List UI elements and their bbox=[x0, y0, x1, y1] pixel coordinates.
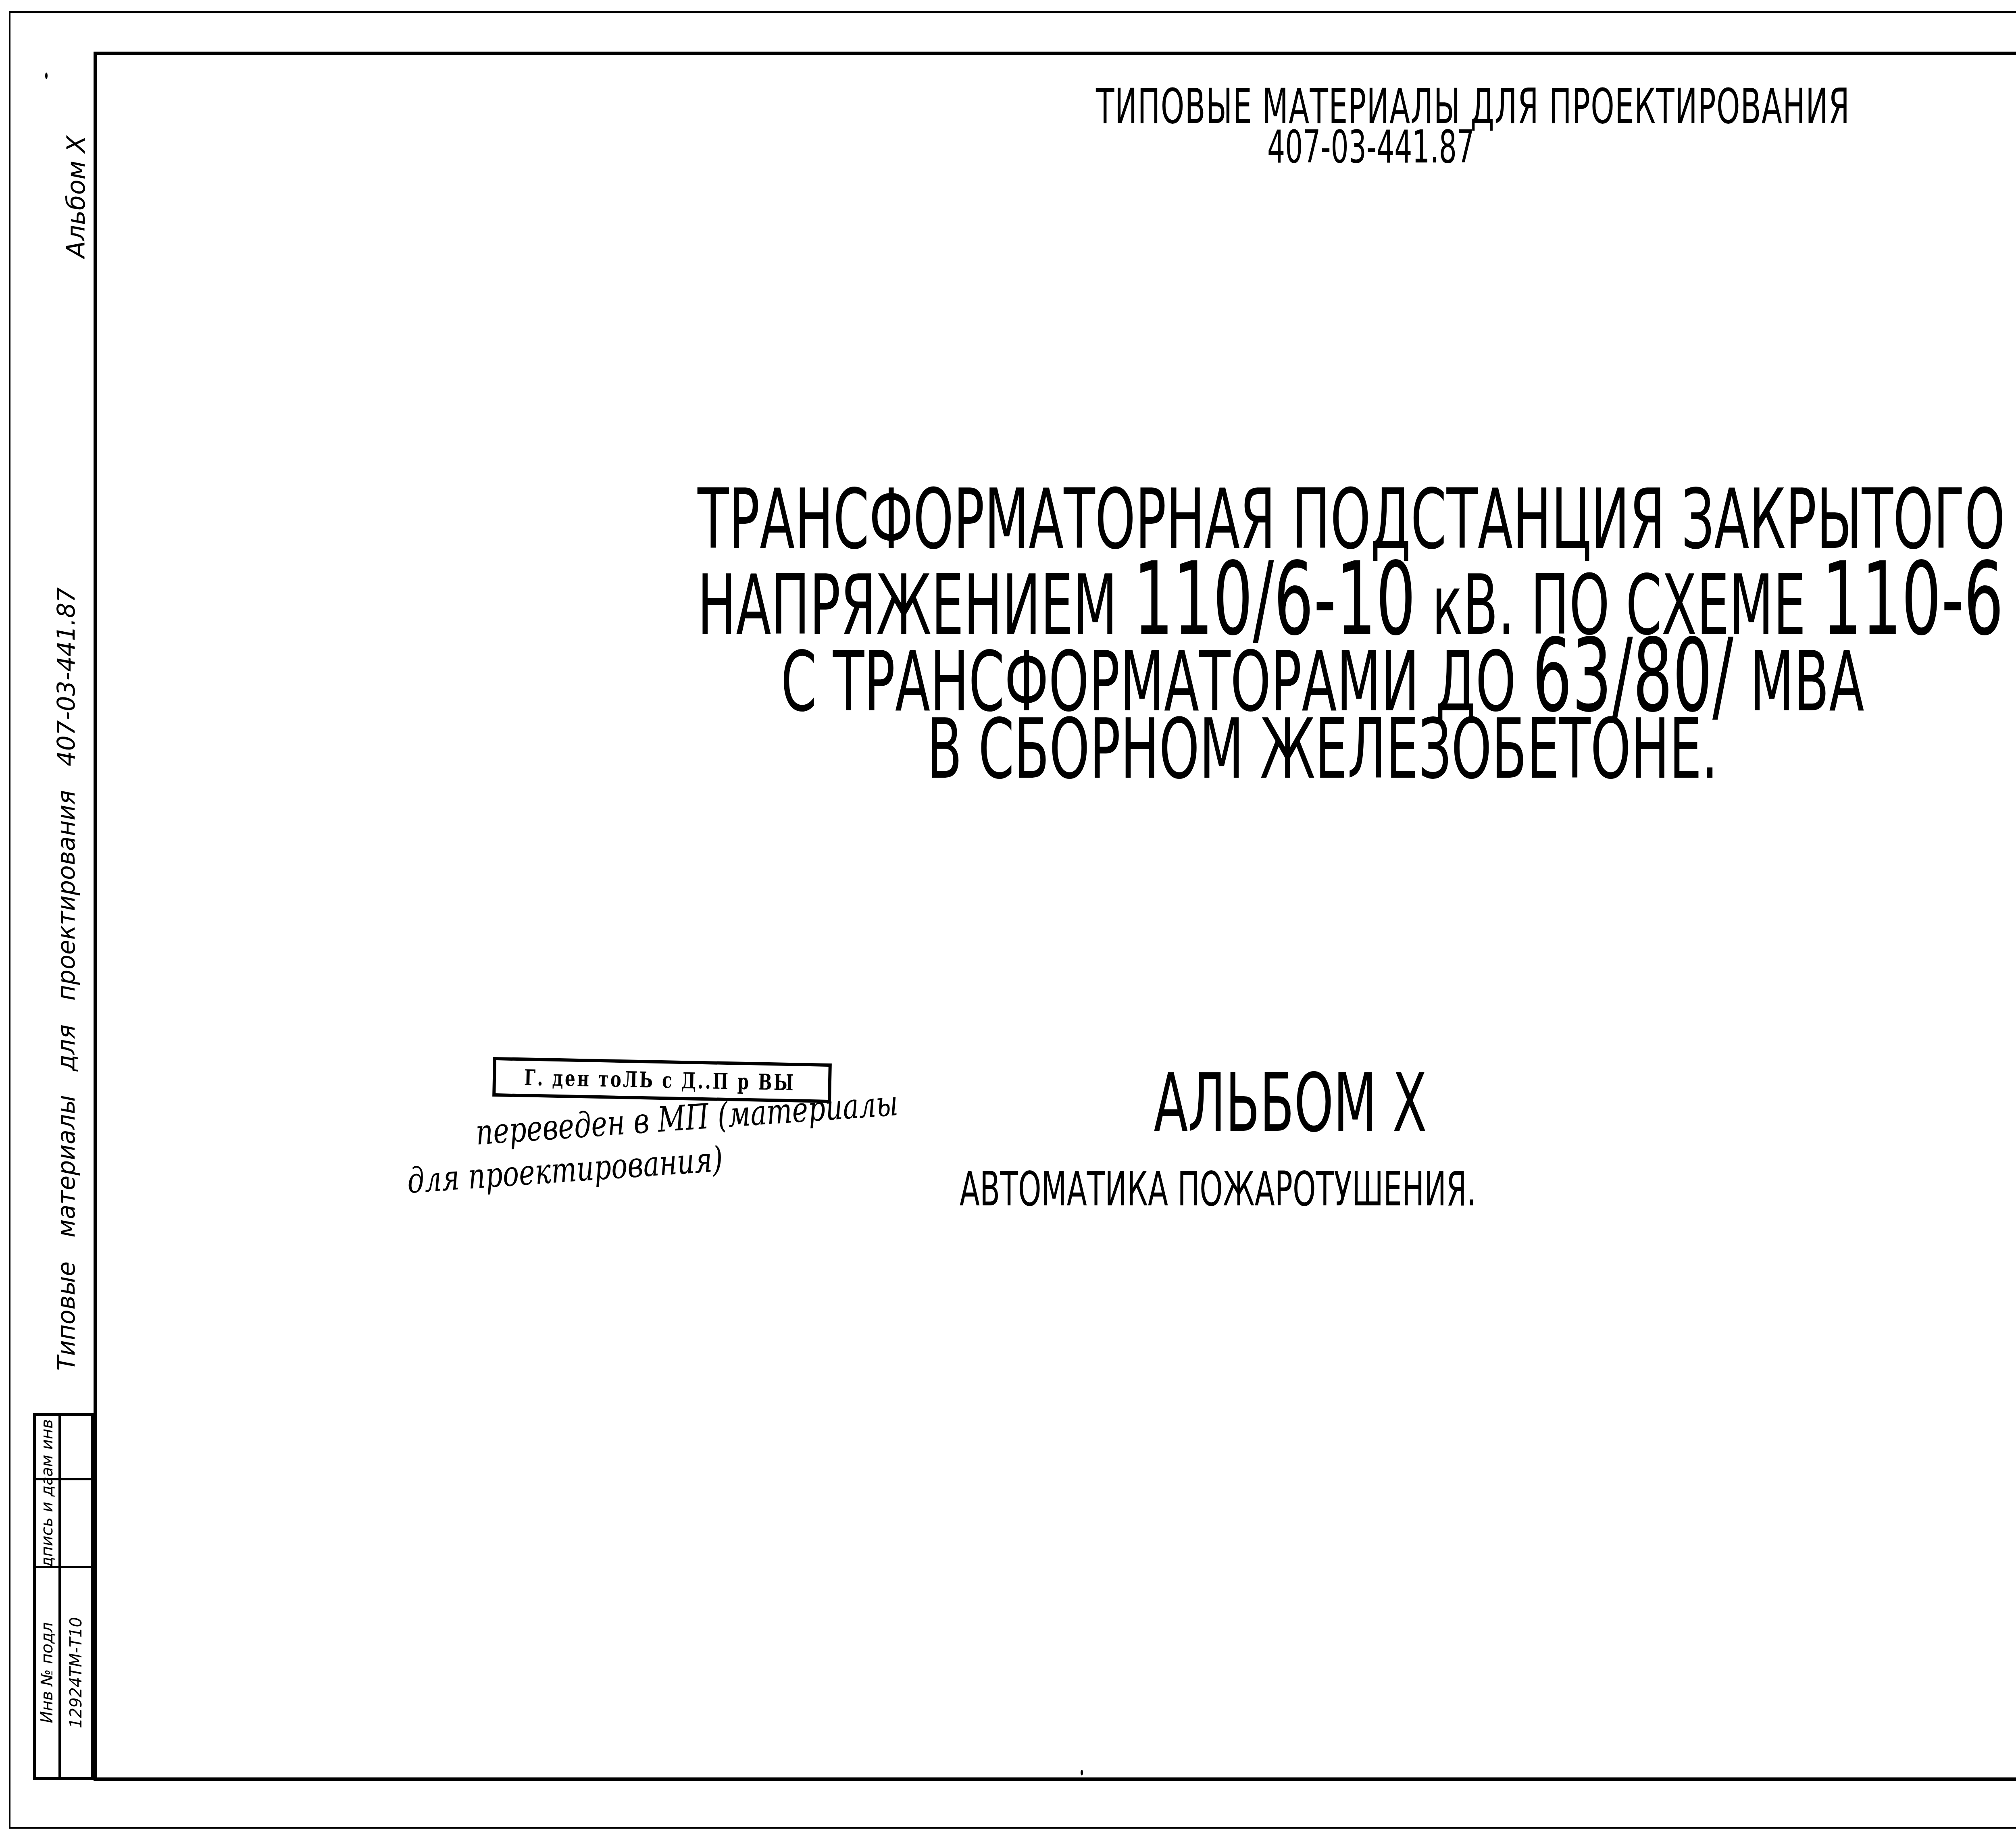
inventory-value-original: 12924ТМ-Т10 bbox=[61, 1568, 94, 1777]
series-number: 407-03-441.87 bbox=[1096, 121, 1646, 173]
inventory-header-signature: Подпись и дата bbox=[36, 1480, 61, 1568]
inventory-header-replace: Взам инв № bbox=[36, 1416, 61, 1480]
scan-speck bbox=[1081, 1770, 1083, 1775]
drawing-frame bbox=[94, 52, 2016, 1781]
inventory-header-original: Инв № подл bbox=[36, 1568, 61, 1777]
album-label: АЛЬБОМ X bbox=[1040, 1056, 1540, 1150]
inventory-block: Взам инв № Подпись и дата Инв № подл 129… bbox=[33, 1413, 94, 1780]
inventory-value-signature bbox=[61, 1480, 94, 1568]
side-album-label: Альбом X bbox=[61, 135, 91, 258]
title-line-4: В СБОРНОМ ЖЕЛЕЗОБЕТОНЕ. bbox=[698, 701, 1947, 797]
side-series-text: Типовые материалы для проектирования 407… bbox=[52, 587, 81, 1371]
inventory-value-replace bbox=[61, 1416, 94, 1480]
scan-speck bbox=[45, 73, 48, 79]
stamp-text: Г. ден тоЛЬ с Д..П р ВЫ bbox=[524, 1064, 795, 1095]
album-subtitle: АВТОМАТИКА ПОЖАРОТУШЕНИЯ. bbox=[960, 1161, 1460, 1217]
